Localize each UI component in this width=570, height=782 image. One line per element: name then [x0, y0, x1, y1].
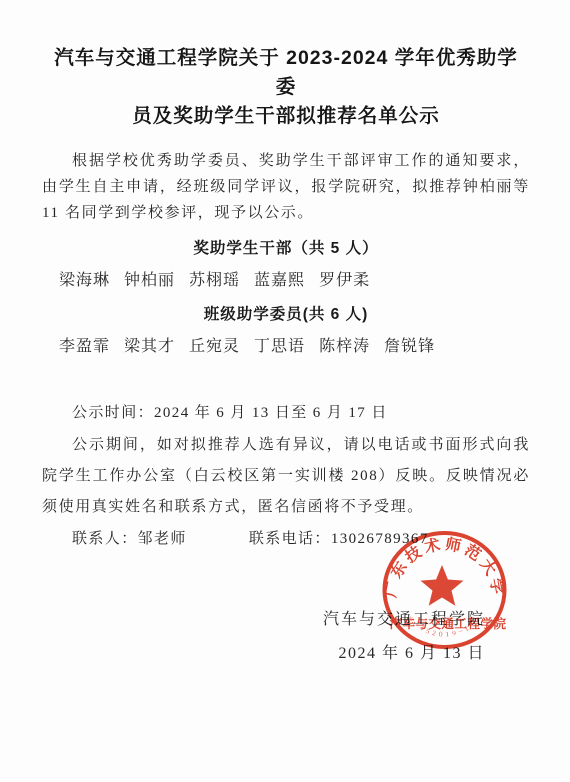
- document-content: 汽车与交通工程学院关于 2023-2024 学年优秀助学委 员及奖助学生干部拟推…: [0, 0, 570, 667]
- announcement-document: 汽车与交通工程学院关于 2023-2024 学年优秀助学委 员及奖助学生干部拟推…: [0, 0, 570, 782]
- person-name: 丁思语: [254, 336, 305, 358]
- signature-org: 汽车与交通工程学院: [42, 607, 485, 633]
- contact-line: 联系人：邹老师联系电话：13026789367: [42, 526, 530, 552]
- person-name: 苏栩瑶: [189, 270, 240, 292]
- person-name: 蓝嘉熙: [254, 270, 305, 292]
- person-name: 陈梓涛: [319, 336, 370, 358]
- person-name: 李盈霏: [59, 336, 110, 358]
- section-heading-committee: 班级助学委员(共 6 人): [42, 304, 530, 326]
- publicity-period: 公示时间：2024 年 6 月 13 日至 6 月 17 日: [42, 400, 530, 426]
- section-heading-cadres: 奖助学生干部（共 5 人）: [42, 238, 530, 260]
- signature-block: 汽车与交通工程学院 2024 年 6 月 13 日: [42, 607, 530, 667]
- committee-name-list: 李盈霏梁其才丘宛灵丁思语陈梓涛詹锐锋: [42, 336, 530, 358]
- cadre-name-list: 梁海琳钟柏丽苏栩瑶蓝嘉熙罗伊柔: [42, 270, 530, 292]
- page-title: 汽车与交通工程学院关于 2023-2024 学年优秀助学委 员及奖助学生干部拟推…: [48, 44, 524, 131]
- person-name: 罗伊柔: [319, 270, 370, 292]
- person-name: 钟柏丽: [124, 270, 175, 292]
- notice-block: 公示时间：2024 年 6 月 13 日至 6 月 17 日 公示期间，如对拟推…: [42, 400, 530, 552]
- contact-person: 联系人：邹老师: [72, 531, 187, 547]
- title-line-1: 汽车与交通工程学院关于 2023-2024 学年优秀助学委: [54, 47, 518, 98]
- title-line-2: 员及奖助学生干部拟推荐名单公示: [132, 105, 440, 127]
- person-name: 丘宛灵: [189, 336, 240, 358]
- signature-date: 2024 年 6 月 13 日: [42, 641, 485, 667]
- person-name: 梁其才: [124, 336, 175, 358]
- contact-phone: 联系电话：13026789367: [249, 531, 429, 547]
- objection-paragraph: 公示期间，如对拟推荐人选有异议，请以电话或书面形式向我院学生工作办公室（白云校区…: [42, 430, 530, 523]
- person-name: 梁海琳: [59, 270, 110, 292]
- person-name: 詹锐锋: [384, 336, 435, 358]
- intro-paragraph: 根据学校优秀助学委员、奖助学生干部评审工作的通知要求，由学生自主申请，经班级同学…: [42, 148, 530, 226]
